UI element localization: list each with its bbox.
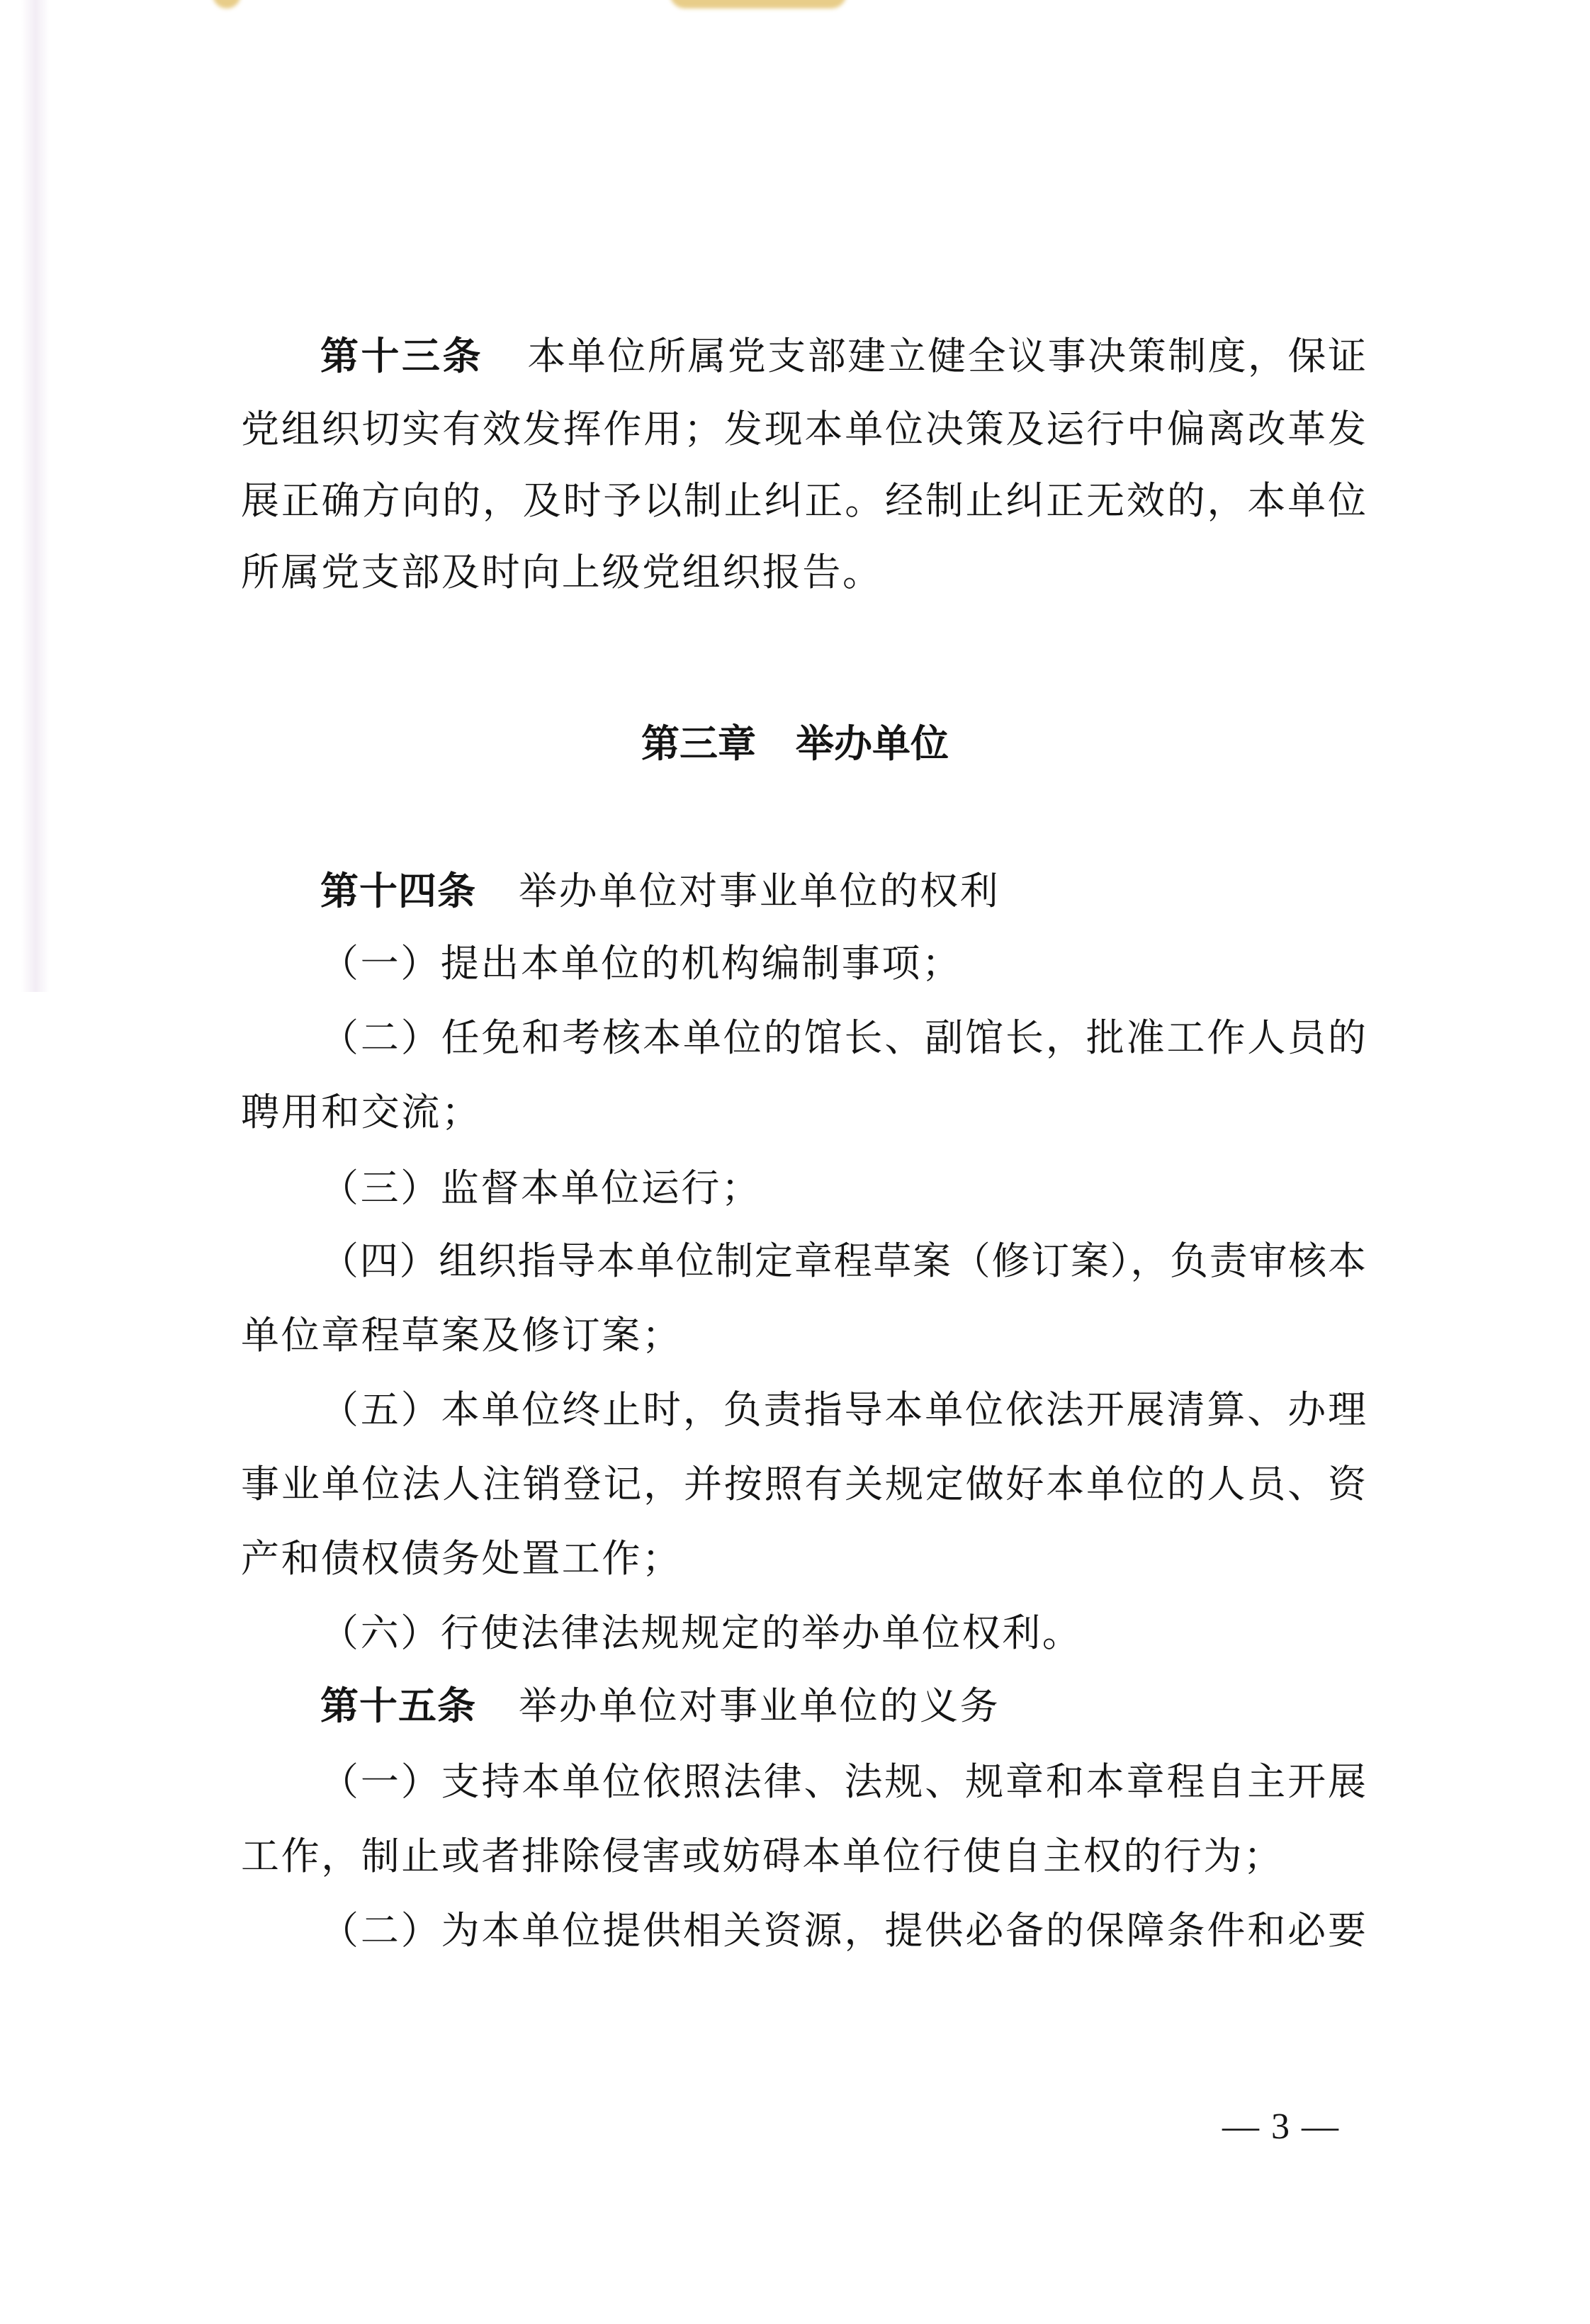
article-heading: 举办单位对事业单位的义务 [519,1683,1000,1728]
article-13-line-1: 第十三条本单位所属党支部建立健全议事决策制度，保证 [320,332,1366,381]
list-item: （四）组织指导本单位制定章程草案（修订案），负责审核本 [320,1236,1366,1286]
article-label: 第十四条 [320,869,476,913]
list-item-continuation: 事业单位法人注销登记，并按照有关规定做好本单位的人员、资 [241,1460,1366,1509]
list-item: （六）行使法律法规规定的举办单位权利。 [320,1608,1366,1658]
list-item-continuation: 产和债权债务处置工作； [241,1534,1366,1584]
stamp-bleed-mark [670,0,847,9]
list-item-continuation: 聘用和交流； [241,1088,1366,1137]
article-13-line-3: 展正确方向的，及时予以制止纠正。经制止纠正无效的，本单位 [241,476,1366,526]
scan-edge-shadow [21,0,50,992]
list-item: （三）监督本单位运行； [320,1163,1366,1213]
article-label: 第十三条 [320,334,483,378]
stamp-bleed-mark [213,0,241,9]
list-item: （一）支持本单位依照法律、法规、规章和本章程自主开展 [320,1757,1366,1807]
article-text: 本单位所属党支部建立健全议事决策制度，保证 [526,334,1366,378]
article-13-line-2: 党组织切实有效发挥作用；发现本单位决策及运行中偏离改革发 [241,405,1366,454]
chapter-number: 第三章 [641,721,756,766]
list-item: （二）任免和考核本单位的馆长、副馆长，批准工作人员的 [320,1013,1366,1063]
chapter-heading: 第三章举办单位 [0,719,1590,769]
list-item-continuation: 单位章程草案及修订案； [241,1311,1366,1360]
page-number: — 3 — [1222,2106,1340,2148]
document-page: 第十三条本单位所属党支部建立健全议事决策制度，保证 党组织切实有效发挥作用；发现… [0,0,1590,2324]
article-heading: 举办单位对事业单位的权利 [519,869,1000,913]
list-item: （五）本单位终止时，负责指导本单位依法开展清算、办理 [320,1385,1366,1435]
list-item: （二）为本单位提供相关资源，提供必备的保障条件和必要 [320,1906,1366,1956]
article-15-heading: 第十五条举办单位对事业单位的义务 [320,1681,1366,1731]
chapter-title: 举办单位 [796,721,949,766]
article-13-line-4: 所属党支部及时向上级党组织报告。 [241,548,1366,597]
article-label: 第十五条 [320,1683,476,1728]
list-item: （一）提出本单位的机构编制事项； [320,939,1366,988]
article-14-heading: 第十四条举办单位对事业单位的权利 [320,867,1366,916]
list-item-continuation: 工作，制止或者排除侵害或妨碍本单位行使自主权的行为； [241,1832,1366,1881]
